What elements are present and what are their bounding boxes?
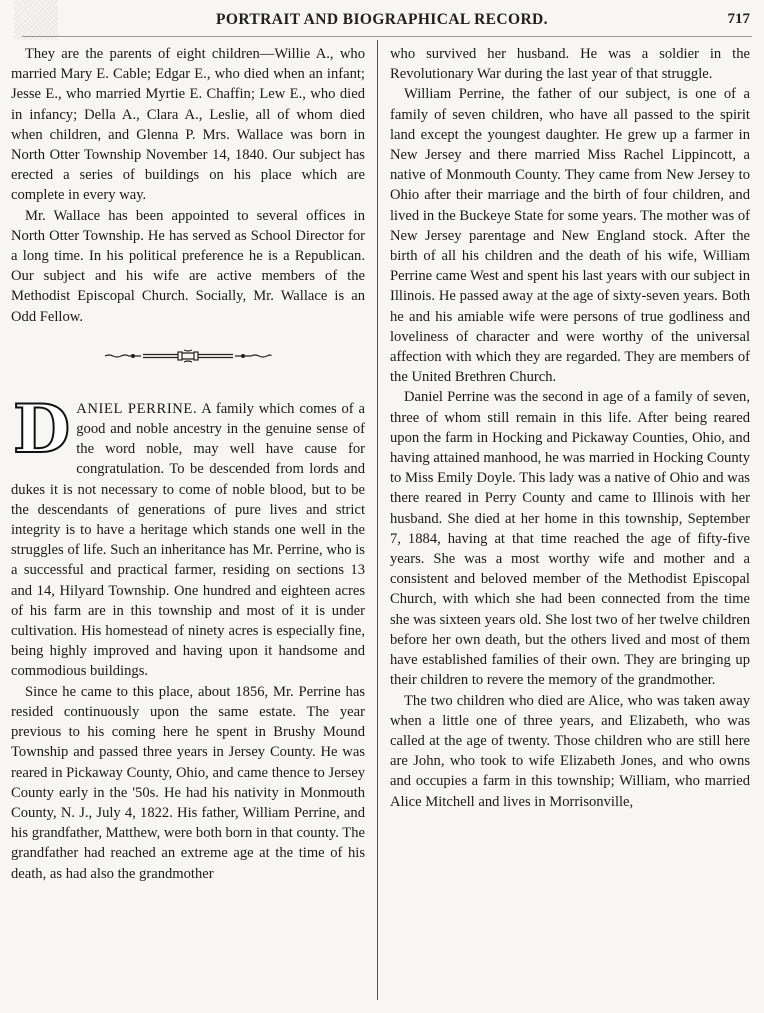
biography-opening: DANIEL PERRINE. A family which comes of … [11,399,365,682]
right-column: who survived her husband. He was a soldi… [390,44,750,812]
paragraph-marriage: Daniel Perrine was the second in age of … [390,387,750,690]
paragraph-children: They are the parents of eight children—W… [11,44,365,206]
page-header: PORTRAIT AND BIOGRAPHICAL RECORD. 717 [0,11,764,31]
subject-name: ANIEL PERRINE. [76,401,197,417]
page-number: 717 [728,11,751,28]
header-rule [22,36,752,37]
column-divider [377,40,378,1000]
dropcap-letter: D [13,401,70,463]
ornament-divider-icon [103,349,273,363]
paragraph-children-list: The two children who died are Alice, who… [390,691,750,812]
paragraph-offices: Mr. Wallace has been appointed to severa… [11,206,365,327]
paragraph-grandmother-cont: who survived her husband. He was a soldi… [390,44,750,84]
running-title: PORTRAIT AND BIOGRAPHICAL RECORD. [0,11,764,29]
paragraph-residence: Since he came to this place, about 1856,… [11,682,365,884]
paragraph-father: William Perrine, the father of our subje… [390,84,750,387]
left-column: They are the parents of eight children—W… [11,44,365,884]
